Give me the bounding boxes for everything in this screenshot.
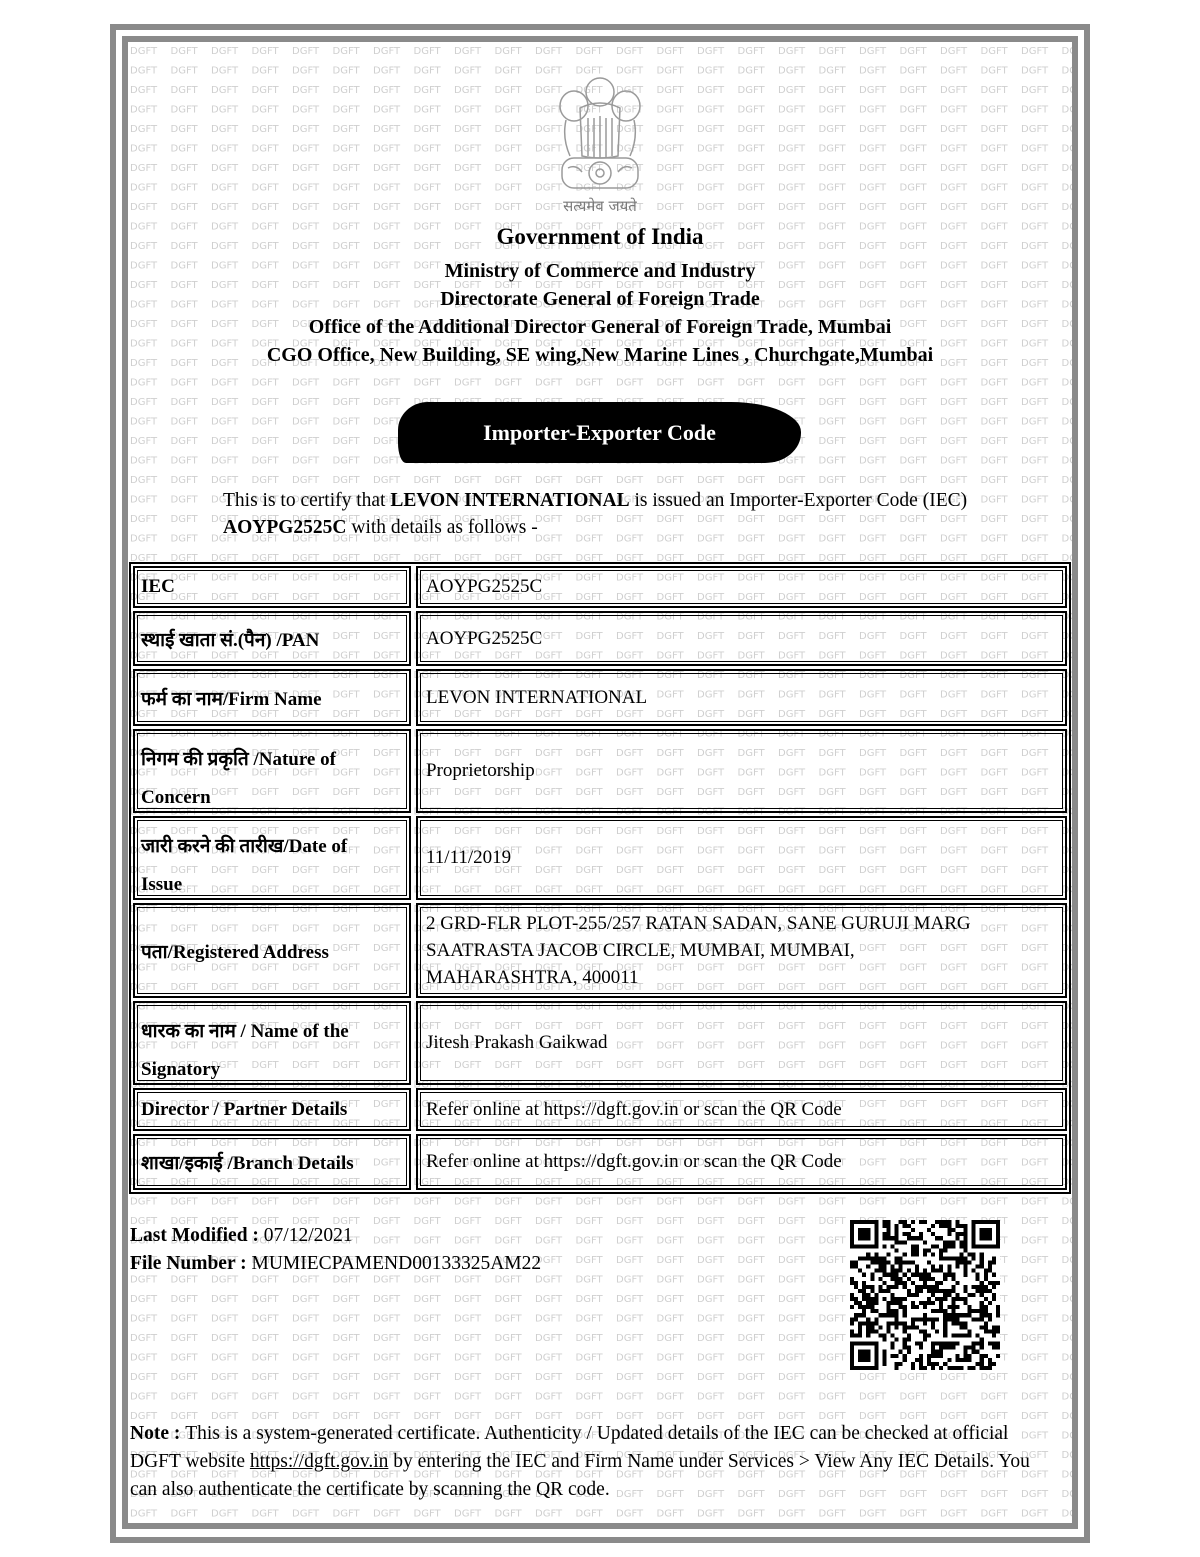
svg-text:DGFT: DGFT: [819, 183, 847, 194]
svg-text:DGFT: DGFT: [697, 1294, 725, 1305]
svg-text:DGFT: DGFT: [616, 1314, 644, 1325]
svg-text:DGFT: DGFT: [778, 1509, 806, 1520]
svg-text:DGFT: DGFT: [171, 124, 199, 135]
svg-text:DGFT: DGFT: [657, 1236, 685, 1247]
svg-text:DGFT: DGFT: [1021, 1255, 1049, 1266]
svg-text:DGFT: DGFT: [535, 1353, 563, 1364]
label-firm-name: फर्म का नाम/Firm Name: [133, 669, 411, 726]
svg-text:DGFT: DGFT: [252, 475, 280, 486]
svg-text:DGFT: DGFT: [1062, 1275, 1073, 1286]
svg-text:DGFT: DGFT: [130, 1509, 158, 1520]
svg-text:DGFT: DGFT: [130, 475, 158, 486]
svg-text:DGFT: DGFT: [454, 46, 482, 57]
svg-text:DGFT: DGFT: [333, 397, 361, 408]
svg-text:DGFT: DGFT: [940, 144, 968, 155]
svg-text:DGFT: DGFT: [657, 1275, 685, 1286]
svg-text:DGFT: DGFT: [130, 1197, 158, 1208]
svg-text:DGFT: DGFT: [211, 1392, 239, 1403]
svg-text:DGFT: DGFT: [940, 436, 968, 447]
table-row-pan: स्थाई खाता सं.(पैन) /PAN AOYPG2525C: [133, 611, 1067, 666]
svg-text:DGFT: DGFT: [576, 1353, 604, 1364]
svg-text:DGFT: DGFT: [981, 534, 1009, 545]
svg-text:DGFT: DGFT: [778, 1275, 806, 1286]
svg-text:DGFT: DGFT: [981, 85, 1009, 96]
svg-text:DGFT: DGFT: [454, 66, 482, 77]
svg-text:DGFT: DGFT: [171, 495, 199, 506]
svg-text:DGFT: DGFT: [1062, 1489, 1073, 1500]
svg-text:DGFT: DGFT: [940, 163, 968, 174]
svg-text:DGFT: DGFT: [738, 124, 766, 135]
svg-text:DGFT: DGFT: [819, 85, 847, 96]
svg-text:DGFT: DGFT: [900, 397, 928, 408]
svg-text:DGFT: DGFT: [1021, 1216, 1049, 1227]
svg-text:DGFT: DGFT: [373, 183, 401, 194]
dgft-website-link[interactable]: https://dgft.gov.in: [250, 1451, 389, 1472]
svg-text:DGFT: DGFT: [495, 202, 523, 213]
table-row-firm-name: फर्म का नाम/Firm Name LEVON INTERNATIONA…: [133, 669, 1067, 726]
svg-text:DGFT: DGFT: [900, 456, 928, 467]
svg-text:DGFT: DGFT: [697, 144, 725, 155]
svg-text:DGFT: DGFT: [373, 1353, 401, 1364]
svg-text:DGFT: DGFT: [900, 1197, 928, 1208]
svg-text:DGFT: DGFT: [373, 436, 401, 447]
svg-text:DGFT: DGFT: [292, 144, 320, 155]
svg-text:DGFT: DGFT: [495, 144, 523, 155]
svg-text:DGFT: DGFT: [333, 124, 361, 135]
svg-text:DGFT: DGFT: [252, 378, 280, 389]
svg-text:DGFT: DGFT: [333, 456, 361, 467]
svg-text:DGFT: DGFT: [819, 66, 847, 77]
svg-text:DGFT: DGFT: [333, 1197, 361, 1208]
header-address: CGO Office, New Building, SE wing,New Ma…: [0, 344, 1200, 367]
svg-text:DGFT: DGFT: [535, 378, 563, 389]
svg-text:DGFT: DGFT: [657, 183, 685, 194]
svg-text:DGFT: DGFT: [900, 475, 928, 486]
svg-text:DGFT: DGFT: [1062, 514, 1073, 525]
svg-text:DGFT: DGFT: [738, 1509, 766, 1520]
svg-text:DGFT: DGFT: [940, 1392, 968, 1403]
svg-text:DGFT: DGFT: [697, 85, 725, 96]
svg-text:DGFT: DGFT: [819, 1353, 847, 1364]
svg-text:DGFT: DGFT: [981, 436, 1009, 447]
svg-text:DGFT: DGFT: [535, 1294, 563, 1305]
svg-text:DGFT: DGFT: [130, 85, 158, 96]
svg-text:DGFT: DGFT: [171, 144, 199, 155]
svg-text:DGFT: DGFT: [333, 105, 361, 116]
svg-text:DGFT: DGFT: [778, 124, 806, 135]
svg-text:DGFT: DGFT: [1062, 417, 1073, 428]
svg-text:DGFT: DGFT: [981, 124, 1009, 135]
table-row-nature-of-concern: निगम की प्रकृति /Nature of Concern Propr…: [133, 729, 1067, 813]
svg-text:DGFT: DGFT: [940, 85, 968, 96]
svg-text:DGFT: DGFT: [252, 397, 280, 408]
svg-text:DGFT: DGFT: [1021, 475, 1049, 486]
svg-text:DGFT: DGFT: [252, 66, 280, 77]
svg-text:DGFT: DGFT: [819, 397, 847, 408]
svg-text:DGFT: DGFT: [292, 456, 320, 467]
label-registered-address: पता/Registered Address: [133, 903, 411, 998]
svg-text:DGFT: DGFT: [414, 1509, 442, 1520]
svg-text:DGFT: DGFT: [495, 105, 523, 116]
svg-text:DGFT: DGFT: [900, 46, 928, 57]
svg-text:DGFT: DGFT: [333, 144, 361, 155]
svg-text:DGFT: DGFT: [900, 1509, 928, 1520]
svg-text:DGFT: DGFT: [657, 1509, 685, 1520]
svg-text:DGFT: DGFT: [130, 495, 158, 506]
svg-text:DGFT: DGFT: [292, 202, 320, 213]
svg-text:DGFT: DGFT: [697, 1314, 725, 1325]
certified-iec: AOYPG2525C: [223, 517, 347, 538]
svg-text:DGFT: DGFT: [130, 183, 158, 194]
table-row-iec: IEC AOYPG2525C: [133, 566, 1067, 608]
header-ministry: Ministry of Commerce and Industry: [0, 260, 1200, 283]
svg-text:DGFT: DGFT: [333, 163, 361, 174]
svg-text:DGFT: DGFT: [819, 1216, 847, 1227]
svg-text:DGFT: DGFT: [1021, 183, 1049, 194]
svg-text:DGFT: DGFT: [211, 66, 239, 77]
value-nature-of-concern: Proprietorship: [416, 729, 1067, 813]
svg-text:DGFT: DGFT: [495, 1333, 523, 1344]
svg-text:DGFT: DGFT: [981, 105, 1009, 116]
svg-text:DGFT: DGFT: [697, 105, 725, 116]
svg-text:DGFT: DGFT: [495, 1353, 523, 1364]
svg-text:DGFT: DGFT: [900, 1392, 928, 1403]
svg-text:DGFT: DGFT: [211, 456, 239, 467]
svg-text:DGFT: DGFT: [414, 1294, 442, 1305]
svg-text:DGFT: DGFT: [1062, 144, 1073, 155]
svg-text:DGFT: DGFT: [900, 144, 928, 155]
label-iec: IEC: [133, 566, 411, 608]
svg-text:DGFT: DGFT: [171, 378, 199, 389]
svg-text:DGFT: DGFT: [657, 1392, 685, 1403]
svg-text:DGFT: DGFT: [657, 66, 685, 77]
svg-text:DGFT: DGFT: [940, 397, 968, 408]
svg-text:DGFT: DGFT: [1062, 1216, 1073, 1227]
svg-text:DGFT: DGFT: [454, 1509, 482, 1520]
svg-text:DGFT: DGFT: [211, 1197, 239, 1208]
svg-text:DGFT: DGFT: [292, 475, 320, 486]
svg-text:DGFT: DGFT: [130, 124, 158, 135]
svg-text:DGFT: DGFT: [738, 1353, 766, 1364]
svg-text:DGFT: DGFT: [535, 1236, 563, 1247]
svg-text:DGFT: DGFT: [333, 417, 361, 428]
svg-text:DGFT: DGFT: [778, 1372, 806, 1383]
svg-text:DGFT: DGFT: [819, 1509, 847, 1520]
svg-text:DGFT: DGFT: [252, 1392, 280, 1403]
svg-text:DGFT: DGFT: [130, 534, 158, 545]
svg-text:DGFT: DGFT: [1062, 1509, 1073, 1520]
svg-text:DGFT: DGFT: [738, 1333, 766, 1344]
svg-text:DGFT: DGFT: [130, 202, 158, 213]
svg-text:DGFT: DGFT: [657, 105, 685, 116]
svg-text:DGFT: DGFT: [373, 397, 401, 408]
svg-text:DGFT: DGFT: [738, 144, 766, 155]
svg-text:DGFT: DGFT: [697, 1275, 725, 1286]
svg-text:DGFT: DGFT: [616, 1275, 644, 1286]
svg-text:DGFT: DGFT: [211, 436, 239, 447]
svg-text:DGFT: DGFT: [414, 1197, 442, 1208]
svg-text:DGFT: DGFT: [576, 1314, 604, 1325]
svg-text:DGFT: DGFT: [211, 1353, 239, 1364]
svg-text:DGFT: DGFT: [940, 456, 968, 467]
svg-text:DGFT: DGFT: [657, 163, 685, 174]
svg-text:DGFT: DGFT: [211, 144, 239, 155]
svg-text:DGFT: DGFT: [211, 85, 239, 96]
svg-text:DGFT: DGFT: [819, 456, 847, 467]
svg-text:DGFT: DGFT: [252, 163, 280, 174]
svg-text:DGFT: DGFT: [171, 534, 199, 545]
svg-text:DGFT: DGFT: [535, 1333, 563, 1344]
svg-text:DGFT: DGFT: [252, 183, 280, 194]
value-registered-address: 2 GRD-FLR PLOT-255/257 RATAN SADAN, SANE…: [416, 903, 1067, 998]
svg-text:DGFT: DGFT: [171, 397, 199, 408]
header-directorate: Directorate General of Foreign Trade: [0, 288, 1200, 311]
header-government: Government of India: [0, 224, 1200, 250]
svg-text:DGFT: DGFT: [819, 1255, 847, 1266]
svg-text:DGFT: DGFT: [819, 378, 847, 389]
svg-text:DGFT: DGFT: [657, 144, 685, 155]
table-row-date-of-issue: जारी करने की तारीख/Date of Issue 11/11/2…: [133, 816, 1067, 900]
svg-text:DGFT: DGFT: [252, 1275, 280, 1286]
svg-text:DGFT: DGFT: [697, 1353, 725, 1364]
svg-text:DGFT: DGFT: [1062, 1255, 1073, 1266]
table-row-branch-details: शाखा/इकाई /Branch Details Refer online a…: [133, 1134, 1067, 1190]
svg-text:DGFT: DGFT: [940, 66, 968, 77]
svg-text:DGFT: DGFT: [333, 1333, 361, 1344]
svg-text:DGFT: DGFT: [616, 475, 644, 486]
svg-text:DGFT: DGFT: [981, 1372, 1009, 1383]
svg-text:DGFT: DGFT: [211, 163, 239, 174]
svg-text:DGFT: DGFT: [414, 1236, 442, 1247]
svg-text:DGFT: DGFT: [940, 417, 968, 428]
svg-text:DGFT: DGFT: [1021, 202, 1049, 213]
svg-text:DGFT: DGFT: [252, 1372, 280, 1383]
svg-text:DGFT: DGFT: [130, 66, 158, 77]
svg-text:DGFT: DGFT: [292, 436, 320, 447]
svg-text:DGFT: DGFT: [819, 1197, 847, 1208]
svg-text:DGFT: DGFT: [778, 46, 806, 57]
svg-text:DGFT: DGFT: [616, 1255, 644, 1266]
svg-text:DGFT: DGFT: [940, 475, 968, 486]
national-emblem-icon: सत्यमेव जयते: [548, 68, 652, 218]
svg-text:DGFT: DGFT: [819, 1314, 847, 1325]
svg-text:DGFT: DGFT: [373, 1197, 401, 1208]
value-pan: AOYPG2525C: [416, 611, 1067, 666]
svg-text:DGFT: DGFT: [900, 202, 928, 213]
svg-text:DGFT: DGFT: [859, 436, 887, 447]
svg-text:DGFT: DGFT: [414, 144, 442, 155]
svg-text:DGFT: DGFT: [373, 46, 401, 57]
value-iec: AOYPG2525C: [416, 566, 1067, 608]
svg-text:DGFT: DGFT: [778, 1197, 806, 1208]
svg-text:DGFT: DGFT: [130, 378, 158, 389]
svg-text:DGFT: DGFT: [373, 456, 401, 467]
svg-text:DGFT: DGFT: [778, 378, 806, 389]
svg-text:DGFT: DGFT: [738, 66, 766, 77]
svg-text:DGFT: DGFT: [738, 475, 766, 486]
svg-text:DGFT: DGFT: [211, 202, 239, 213]
svg-text:DGFT: DGFT: [211, 1314, 239, 1325]
svg-text:DGFT: DGFT: [778, 1255, 806, 1266]
svg-text:DGFT: DGFT: [616, 1333, 644, 1344]
svg-text:DGFT: DGFT: [373, 475, 401, 486]
svg-text:DGFT: DGFT: [333, 1372, 361, 1383]
svg-text:DGFT: DGFT: [454, 1314, 482, 1325]
svg-text:DGFT: DGFT: [738, 1314, 766, 1325]
svg-text:DGFT: DGFT: [940, 1197, 968, 1208]
svg-text:DGFT: DGFT: [292, 163, 320, 174]
iec-details-table: IEC AOYPG2525C स्थाई खाता सं.(पैन) /PAN …: [129, 562, 1071, 1194]
svg-text:DGFT: DGFT: [819, 1275, 847, 1286]
table-row-signatory: धारक का नाम / Name of the Signatory Jite…: [133, 1001, 1067, 1085]
svg-text:DGFT: DGFT: [333, 378, 361, 389]
label-nature-of-concern: निगम की प्रकृति /Nature of Concern: [133, 729, 411, 813]
svg-text:DGFT: DGFT: [859, 183, 887, 194]
value-branch-details: Refer online at https://dgft.gov.in or s…: [416, 1134, 1067, 1190]
svg-text:DGFT: DGFT: [454, 1236, 482, 1247]
svg-text:DGFT: DGFT: [1021, 85, 1049, 96]
svg-text:DGFT: DGFT: [495, 1275, 523, 1286]
svg-text:DGFT: DGFT: [697, 1509, 725, 1520]
svg-text:DGFT: DGFT: [292, 1353, 320, 1364]
svg-text:DGFT: DGFT: [252, 1509, 280, 1520]
svg-text:DGFT: DGFT: [454, 1372, 482, 1383]
svg-text:DGFT: DGFT: [292, 1333, 320, 1344]
svg-text:DGFT: DGFT: [981, 456, 1009, 467]
svg-text:DGFT: DGFT: [1062, 1431, 1073, 1442]
svg-text:DGFT: DGFT: [657, 1333, 685, 1344]
svg-text:DGFT: DGFT: [940, 105, 968, 116]
svg-text:DGFT: DGFT: [535, 475, 563, 486]
svg-text:DGFT: DGFT: [697, 378, 725, 389]
svg-text:DGFT: DGFT: [981, 378, 1009, 389]
svg-text:DGFT: DGFT: [414, 85, 442, 96]
svg-text:DGFT: DGFT: [373, 1236, 401, 1247]
svg-text:DGFT: DGFT: [373, 1372, 401, 1383]
label-pan: स्थाई खाता सं.(पैन) /PAN: [133, 611, 411, 666]
svg-text:DGFT: DGFT: [454, 378, 482, 389]
svg-text:DGFT: DGFT: [657, 1216, 685, 1227]
svg-text:DGFT: DGFT: [454, 144, 482, 155]
svg-text:DGFT: DGFT: [940, 378, 968, 389]
svg-text:DGFT: DGFT: [414, 1372, 442, 1383]
svg-text:DGFT: DGFT: [859, 417, 887, 428]
svg-text:DGFT: DGFT: [171, 417, 199, 428]
svg-text:DGFT: DGFT: [171, 66, 199, 77]
svg-text:DGFT: DGFT: [292, 46, 320, 57]
svg-text:DGFT: DGFT: [981, 495, 1009, 506]
svg-text:DGFT: DGFT: [1021, 144, 1049, 155]
svg-text:DGFT: DGFT: [1062, 46, 1073, 57]
svg-text:DGFT: DGFT: [333, 46, 361, 57]
svg-text:DGFT: DGFT: [819, 105, 847, 116]
svg-text:DGFT: DGFT: [1021, 163, 1049, 174]
svg-text:DGFT: DGFT: [981, 514, 1009, 525]
svg-text:DGFT: DGFT: [454, 1197, 482, 1208]
svg-text:DGFT: DGFT: [495, 1216, 523, 1227]
svg-text:DGFT: DGFT: [738, 378, 766, 389]
svg-text:DGFT: DGFT: [859, 66, 887, 77]
svg-text:DGFT: DGFT: [738, 202, 766, 213]
svg-text:DGFT: DGFT: [130, 1314, 158, 1325]
file-number-value: MUMIECPAMEND00133325AM22: [252, 1253, 542, 1274]
svg-text:DGFT: DGFT: [1062, 1392, 1073, 1403]
svg-text:DGFT: DGFT: [130, 1333, 158, 1344]
svg-text:DGFT: DGFT: [211, 46, 239, 57]
svg-text:DGFT: DGFT: [576, 378, 604, 389]
svg-text:DGFT: DGFT: [738, 1236, 766, 1247]
svg-text:DGFT: DGFT: [252, 1197, 280, 1208]
svg-text:DGFT: DGFT: [211, 1294, 239, 1305]
svg-text:DGFT: DGFT: [1021, 1197, 1049, 1208]
svg-text:DGFT: DGFT: [130, 1275, 158, 1286]
header-office: Office of the Additional Director Genera…: [0, 316, 1200, 339]
svg-text:DGFT: DGFT: [535, 1216, 563, 1227]
svg-text:DGFT: DGFT: [292, 66, 320, 77]
svg-text:DGFT: DGFT: [130, 456, 158, 467]
svg-text:DGFT: DGFT: [414, 378, 442, 389]
svg-text:DGFT: DGFT: [454, 202, 482, 213]
svg-text:DGFT: DGFT: [130, 436, 158, 447]
svg-text:DGFT: DGFT: [171, 1353, 199, 1364]
svg-text:DGFT: DGFT: [333, 202, 361, 213]
svg-text:DGFT: DGFT: [697, 202, 725, 213]
svg-text:DGFT: DGFT: [535, 1392, 563, 1403]
svg-text:DGFT: DGFT: [211, 124, 239, 135]
svg-text:DGFT: DGFT: [697, 163, 725, 174]
svg-text:DGFT: DGFT: [171, 85, 199, 96]
svg-text:DGFT: DGFT: [495, 1372, 523, 1383]
svg-text:DGFT: DGFT: [373, 378, 401, 389]
svg-text:DGFT: DGFT: [738, 1392, 766, 1403]
svg-text:DGFT: DGFT: [981, 183, 1009, 194]
svg-text:DGFT: DGFT: [576, 1333, 604, 1344]
svg-text:DGFT: DGFT: [657, 475, 685, 486]
svg-text:DGFT: DGFT: [1062, 456, 1073, 467]
svg-text:DGFT: DGFT: [1062, 85, 1073, 96]
svg-text:DGFT: DGFT: [657, 1294, 685, 1305]
svg-text:DGFT: DGFT: [1062, 1333, 1073, 1344]
svg-text:DGFT: DGFT: [576, 1509, 604, 1520]
svg-text:DGFT: DGFT: [373, 66, 401, 77]
svg-text:DGFT: DGFT: [333, 66, 361, 77]
svg-text:DGFT: DGFT: [292, 397, 320, 408]
svg-text:DGFT: DGFT: [1062, 163, 1073, 174]
svg-text:DGFT: DGFT: [657, 1314, 685, 1325]
svg-text:DGFT: DGFT: [1021, 495, 1049, 506]
svg-text:DGFT: DGFT: [171, 1333, 199, 1344]
svg-text:DGFT: DGFT: [616, 1392, 644, 1403]
svg-text:DGFT: DGFT: [292, 1372, 320, 1383]
svg-text:DGFT: DGFT: [1021, 1275, 1049, 1286]
svg-text:DGFT: DGFT: [1021, 1509, 1049, 1520]
svg-text:DGFT: DGFT: [616, 1197, 644, 1208]
svg-text:DGFT: DGFT: [900, 85, 928, 96]
svg-text:DGFT: DGFT: [616, 1372, 644, 1383]
svg-text:DGFT: DGFT: [292, 378, 320, 389]
svg-text:DGFT: DGFT: [292, 183, 320, 194]
svg-text:DGFT: DGFT: [1062, 1294, 1073, 1305]
svg-text:DGFT: DGFT: [859, 1509, 887, 1520]
svg-text:DGFT: DGFT: [738, 1372, 766, 1383]
qr-code-icon[interactable]: [850, 1220, 1000, 1370]
svg-text:DGFT: DGFT: [454, 1333, 482, 1344]
svg-text:DGFT: DGFT: [333, 183, 361, 194]
value-signatory: Jitesh Prakash Gaikwad: [416, 1001, 1067, 1085]
svg-text:DGFT: DGFT: [778, 1294, 806, 1305]
svg-text:DGFT: DGFT: [1062, 1314, 1073, 1325]
svg-text:DGFT: DGFT: [1062, 1372, 1073, 1383]
